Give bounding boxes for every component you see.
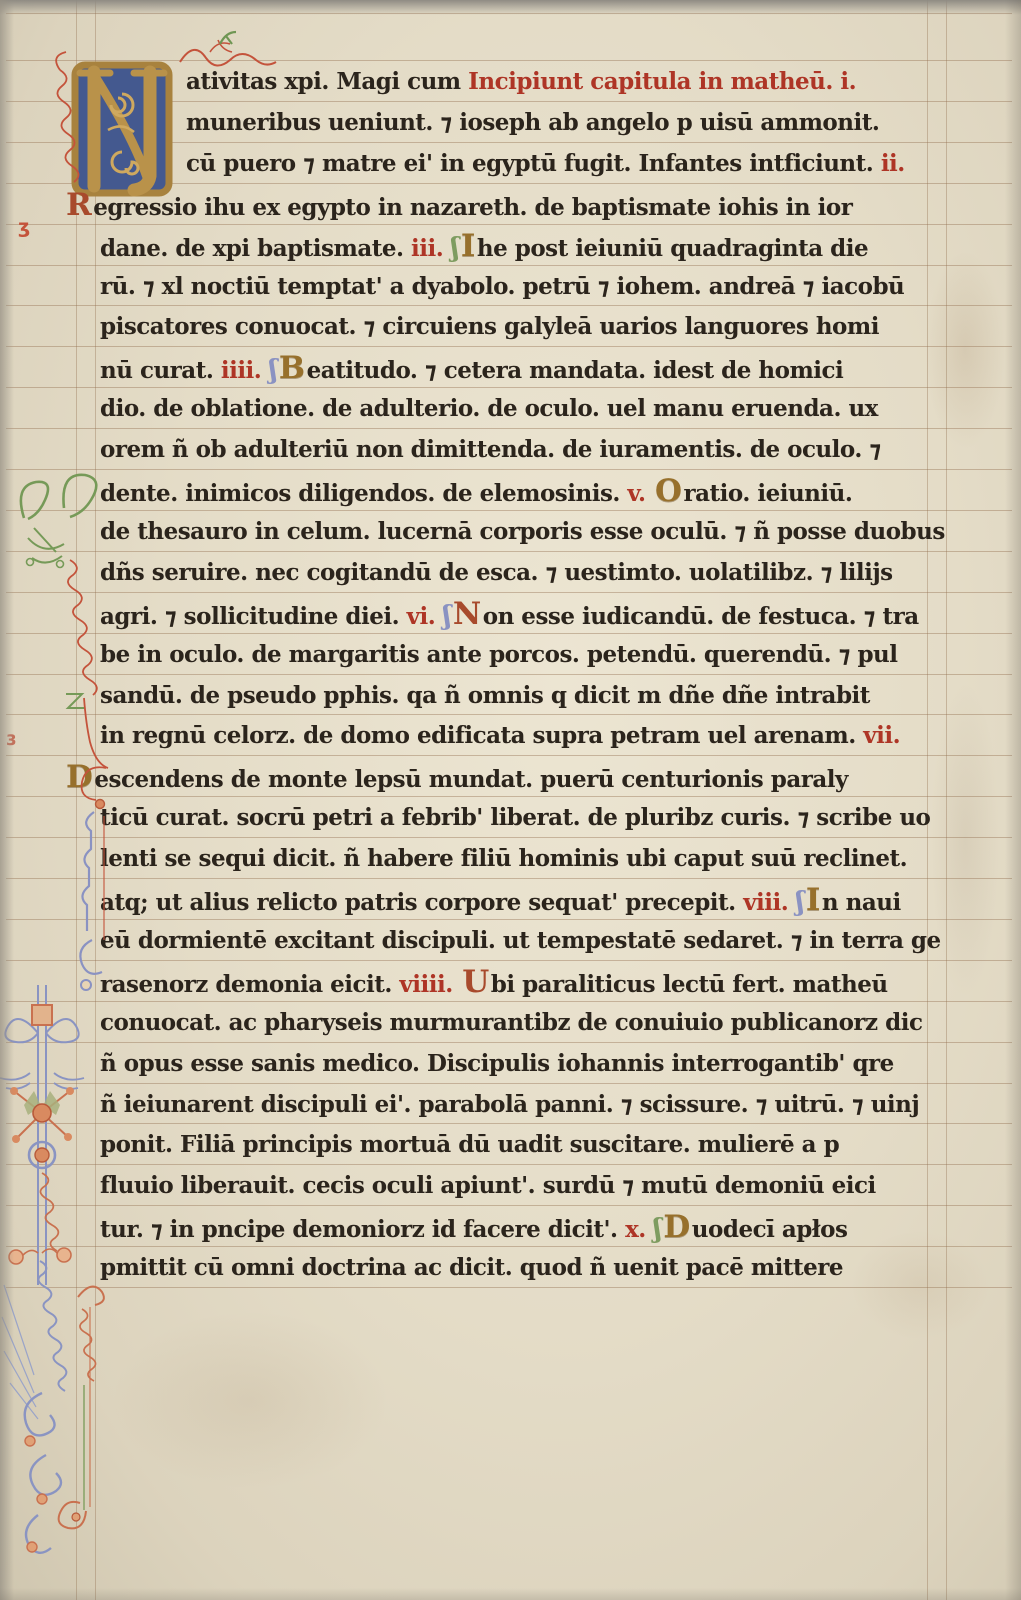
manuscript-page: ativitas xpi. Magi cum Incipiunt capitul… bbox=[0, 0, 1021, 1600]
red-chapter-initial: N bbox=[451, 596, 483, 632]
body-text: piscatores conuocat. ⁊ circuiens galyleā… bbox=[100, 313, 879, 340]
manuscript-text-line: orem ñ ob adulteriū non dimittenda. de i… bbox=[100, 430, 881, 470]
rubric-red-text: iiii. bbox=[221, 357, 269, 384]
body-text: n naui bbox=[822, 889, 901, 916]
penwork-flourish: ʃ bbox=[269, 355, 277, 385]
body-text: fluuio liberauit. cecis oculi apiunt'. s… bbox=[100, 1172, 876, 1199]
rubric-red-text: vii. bbox=[863, 722, 900, 749]
body-text: ratio. ieiuniū. bbox=[684, 480, 853, 507]
manuscript-text-line: dente. inimicos diligendos. de elemosini… bbox=[100, 471, 852, 511]
gold-chapter-initial: I bbox=[804, 882, 822, 918]
manuscript-text-line: agri. ⁊ sollicitudine diei. vi. ʃNon ess… bbox=[100, 594, 919, 634]
rubric-red-text: x. bbox=[625, 1216, 653, 1243]
body-text: lenti se sequi dicit. ñ habere filiū hom… bbox=[100, 845, 907, 872]
manuscript-text-line: rasenorz demonia eicit. viiii. Ubi paral… bbox=[100, 962, 888, 1002]
body-text: egressio ihu ex egypto in nazareth. de b… bbox=[93, 194, 852, 221]
body-text: be in oculo. de margaritis ante porcos. … bbox=[100, 641, 898, 668]
red-chapter-initial: R bbox=[64, 187, 93, 223]
body-text: uodecī apłos bbox=[692, 1216, 848, 1243]
photo-edge bbox=[0, 0, 1021, 15]
manuscript-text-line: dio. de oblatione. de adulterio. de ocul… bbox=[100, 389, 878, 429]
body-text: eatitudo. ⁊ cetera mandata. idest de hom… bbox=[307, 357, 844, 384]
gold-chapter-initial: D bbox=[661, 1209, 691, 1245]
manuscript-text-line: de thesauro in celum. lucernā corporis e… bbox=[100, 512, 945, 552]
body-text: pmittit cū omni doctrina ac dicit. quod … bbox=[100, 1254, 843, 1281]
manuscript-text-line: tur. ⁊ in pncipe demoniorz id facere dic… bbox=[100, 1207, 847, 1247]
manuscript-text-line: rū. ⁊ xl noctiū temptat' a dyabolo. petr… bbox=[100, 267, 904, 307]
rubric-red-text: vi. bbox=[407, 603, 443, 630]
penwork-flourish: ʃ bbox=[451, 233, 459, 263]
body-text: sandū. de pseudo pphis. qa ñ omnis q dic… bbox=[100, 682, 870, 709]
manuscript-text-line: be in oculo. de margaritis ante porcos. … bbox=[100, 635, 898, 675]
body-text: de thesauro in celum. lucernā corporis e… bbox=[100, 518, 945, 545]
body-text: escendens de monte lepsū mundat. puerū c… bbox=[94, 766, 847, 793]
gold-chapter-initial: B bbox=[277, 350, 307, 386]
body-text: dente. inimicos diligendos. de elemosini… bbox=[100, 480, 627, 507]
penwork-flourish: ʃ bbox=[796, 887, 804, 917]
red-chapter-initial: U bbox=[460, 964, 491, 1000]
manuscript-text-line: eū dormientē excitant discipuli. ut temp… bbox=[100, 921, 941, 961]
ruled-line-vertical bbox=[946, 0, 947, 1600]
parchment-stain bbox=[925, 250, 1005, 450]
body-text: in regnū celorz. de domo edificata supra… bbox=[100, 722, 863, 749]
parchment-stain bbox=[110, 1310, 390, 1490]
body-text: tur. ⁊ in pncipe demoniorz id facere dic… bbox=[100, 1216, 625, 1243]
manuscript-text-line: atq; ut alius relicto patris corpore seq… bbox=[100, 880, 901, 920]
manuscript-text-line: fluuio liberauit. cecis oculi apiunt'. s… bbox=[100, 1166, 876, 1206]
manuscript-text-line: cū puero ⁊ matre ei' in egyptū fugit. In… bbox=[100, 144, 905, 184]
rubric-red-text: viii. bbox=[743, 889, 796, 916]
manuscript-text-line: piscatores conuocat. ⁊ circuiens galyleā… bbox=[100, 307, 879, 347]
rubric-red-text: ii. bbox=[881, 150, 905, 177]
rubric-red-text: Incipiunt capitula in matheū. i. bbox=[468, 68, 856, 95]
body-text: muneribus ueniunt. ⁊ ioseph ab angelo p … bbox=[186, 109, 879, 136]
manuscript-text-line: conuocat. ac pharyseis murmurantibz de c… bbox=[100, 1003, 922, 1043]
body-text: ticū curat. socrū petri a febrib' libera… bbox=[100, 804, 930, 831]
manuscript-text-line: ñ opus esse sanis medico. Discipulis ioh… bbox=[100, 1044, 894, 1084]
manuscript-text-line: muneribus ueniunt. ⁊ ioseph ab angelo p … bbox=[100, 103, 879, 143]
body-text: atq; ut alius relicto patris corpore seq… bbox=[100, 889, 743, 916]
manuscript-text-line: in regnū celorz. de domo edificata supra… bbox=[100, 716, 900, 756]
rubric-red-text: viiii. bbox=[399, 971, 460, 998]
red-pen-mark: ʒ bbox=[18, 216, 30, 238]
gold-chapter-initial: I bbox=[459, 228, 477, 264]
body-text: ñ ieiunarent discipuli ei'. parabolā pan… bbox=[100, 1091, 919, 1118]
manuscript-text-line: nū curat. iiii. ʃBeatitudo. ⁊ cetera man… bbox=[100, 348, 843, 388]
manuscript-text-line: ticū curat. socrū petri a febrib' libera… bbox=[100, 798, 930, 838]
body-text: ponit. Filiā principis mortuā dū uadit s… bbox=[100, 1131, 839, 1158]
manuscript-text-line: sandū. de pseudo pphis. qa ñ omnis q dic… bbox=[100, 676, 870, 716]
manuscript-text-line: dñs seruire. nec cogitandū de esca. ⁊ ue… bbox=[100, 553, 893, 593]
penwork-flourish: ʃ bbox=[443, 601, 451, 631]
body-text: rū. ⁊ xl noctiū temptat' a dyabolo. petr… bbox=[100, 273, 904, 300]
body-text: ñ opus esse sanis medico. Discipulis ioh… bbox=[100, 1050, 894, 1077]
body-text: he post ieiuniū quadraginta die bbox=[477, 235, 868, 262]
body-text: on esse iudicandū. de festuca. ⁊ tra bbox=[483, 603, 919, 630]
ruled-line-vertical bbox=[76, 0, 77, 1600]
manuscript-text-line: ñ ieiunarent discipuli ei'. parabolā pan… bbox=[100, 1085, 919, 1125]
body-text: nū curat. bbox=[100, 357, 221, 384]
photo-edge bbox=[0, 1588, 1021, 1600]
body-text: dane. de xpi baptismate. bbox=[100, 235, 411, 262]
manuscript-text-line: lenti se sequi dicit. ñ habere filiū hom… bbox=[100, 839, 907, 879]
body-text: ativitas xpi. Magi cum bbox=[186, 68, 468, 95]
body-text: eū dormientē excitant discipuli. ut temp… bbox=[100, 927, 941, 954]
manuscript-text-line: dane. de xpi baptismate. iii. ʃIhe post … bbox=[100, 226, 868, 266]
body-text: agri. ⁊ sollicitudine diei. bbox=[100, 603, 407, 630]
body-text: conuocat. ac pharyseis murmurantibz de c… bbox=[100, 1009, 922, 1036]
manuscript-text-line: ponit. Filiā principis mortuā dū uadit s… bbox=[100, 1125, 839, 1165]
photo-edge bbox=[1005, 0, 1021, 1600]
photo-edge bbox=[0, 0, 14, 1600]
body-text: cū puero ⁊ matre ei' in egyptū fugit. In… bbox=[186, 150, 881, 177]
manuscript-text-line: pmittit cū omni doctrina ac dicit. quod … bbox=[100, 1248, 843, 1288]
manuscript-text-line: Descendens de monte lepsū mundat. puerū … bbox=[64, 757, 848, 797]
gold-chapter-initial: D bbox=[64, 759, 94, 795]
rubric-red-text: iii. bbox=[411, 235, 451, 262]
body-text: dñs seruire. nec cogitandū de esca. ⁊ ue… bbox=[100, 559, 893, 586]
gold-chapter-initial: O bbox=[653, 473, 684, 509]
body-text: orem ñ ob adulteriū non dimittenda. de i… bbox=[100, 436, 881, 463]
ruled-line-vertical bbox=[95, 0, 96, 1600]
body-text: dio. de oblatione. de adulterio. de ocul… bbox=[100, 395, 878, 422]
manuscript-text-line: ativitas xpi. Magi cum Incipiunt capitul… bbox=[100, 62, 856, 102]
body-text: rasenorz demonia eicit. bbox=[100, 971, 399, 998]
manuscript-text-line: Regressio ihu ex egypto in nazareth. de … bbox=[64, 185, 852, 225]
rubric-red-text: v. bbox=[627, 480, 653, 507]
body-text: bi paraliticus lectū fert. matheū bbox=[491, 971, 888, 998]
